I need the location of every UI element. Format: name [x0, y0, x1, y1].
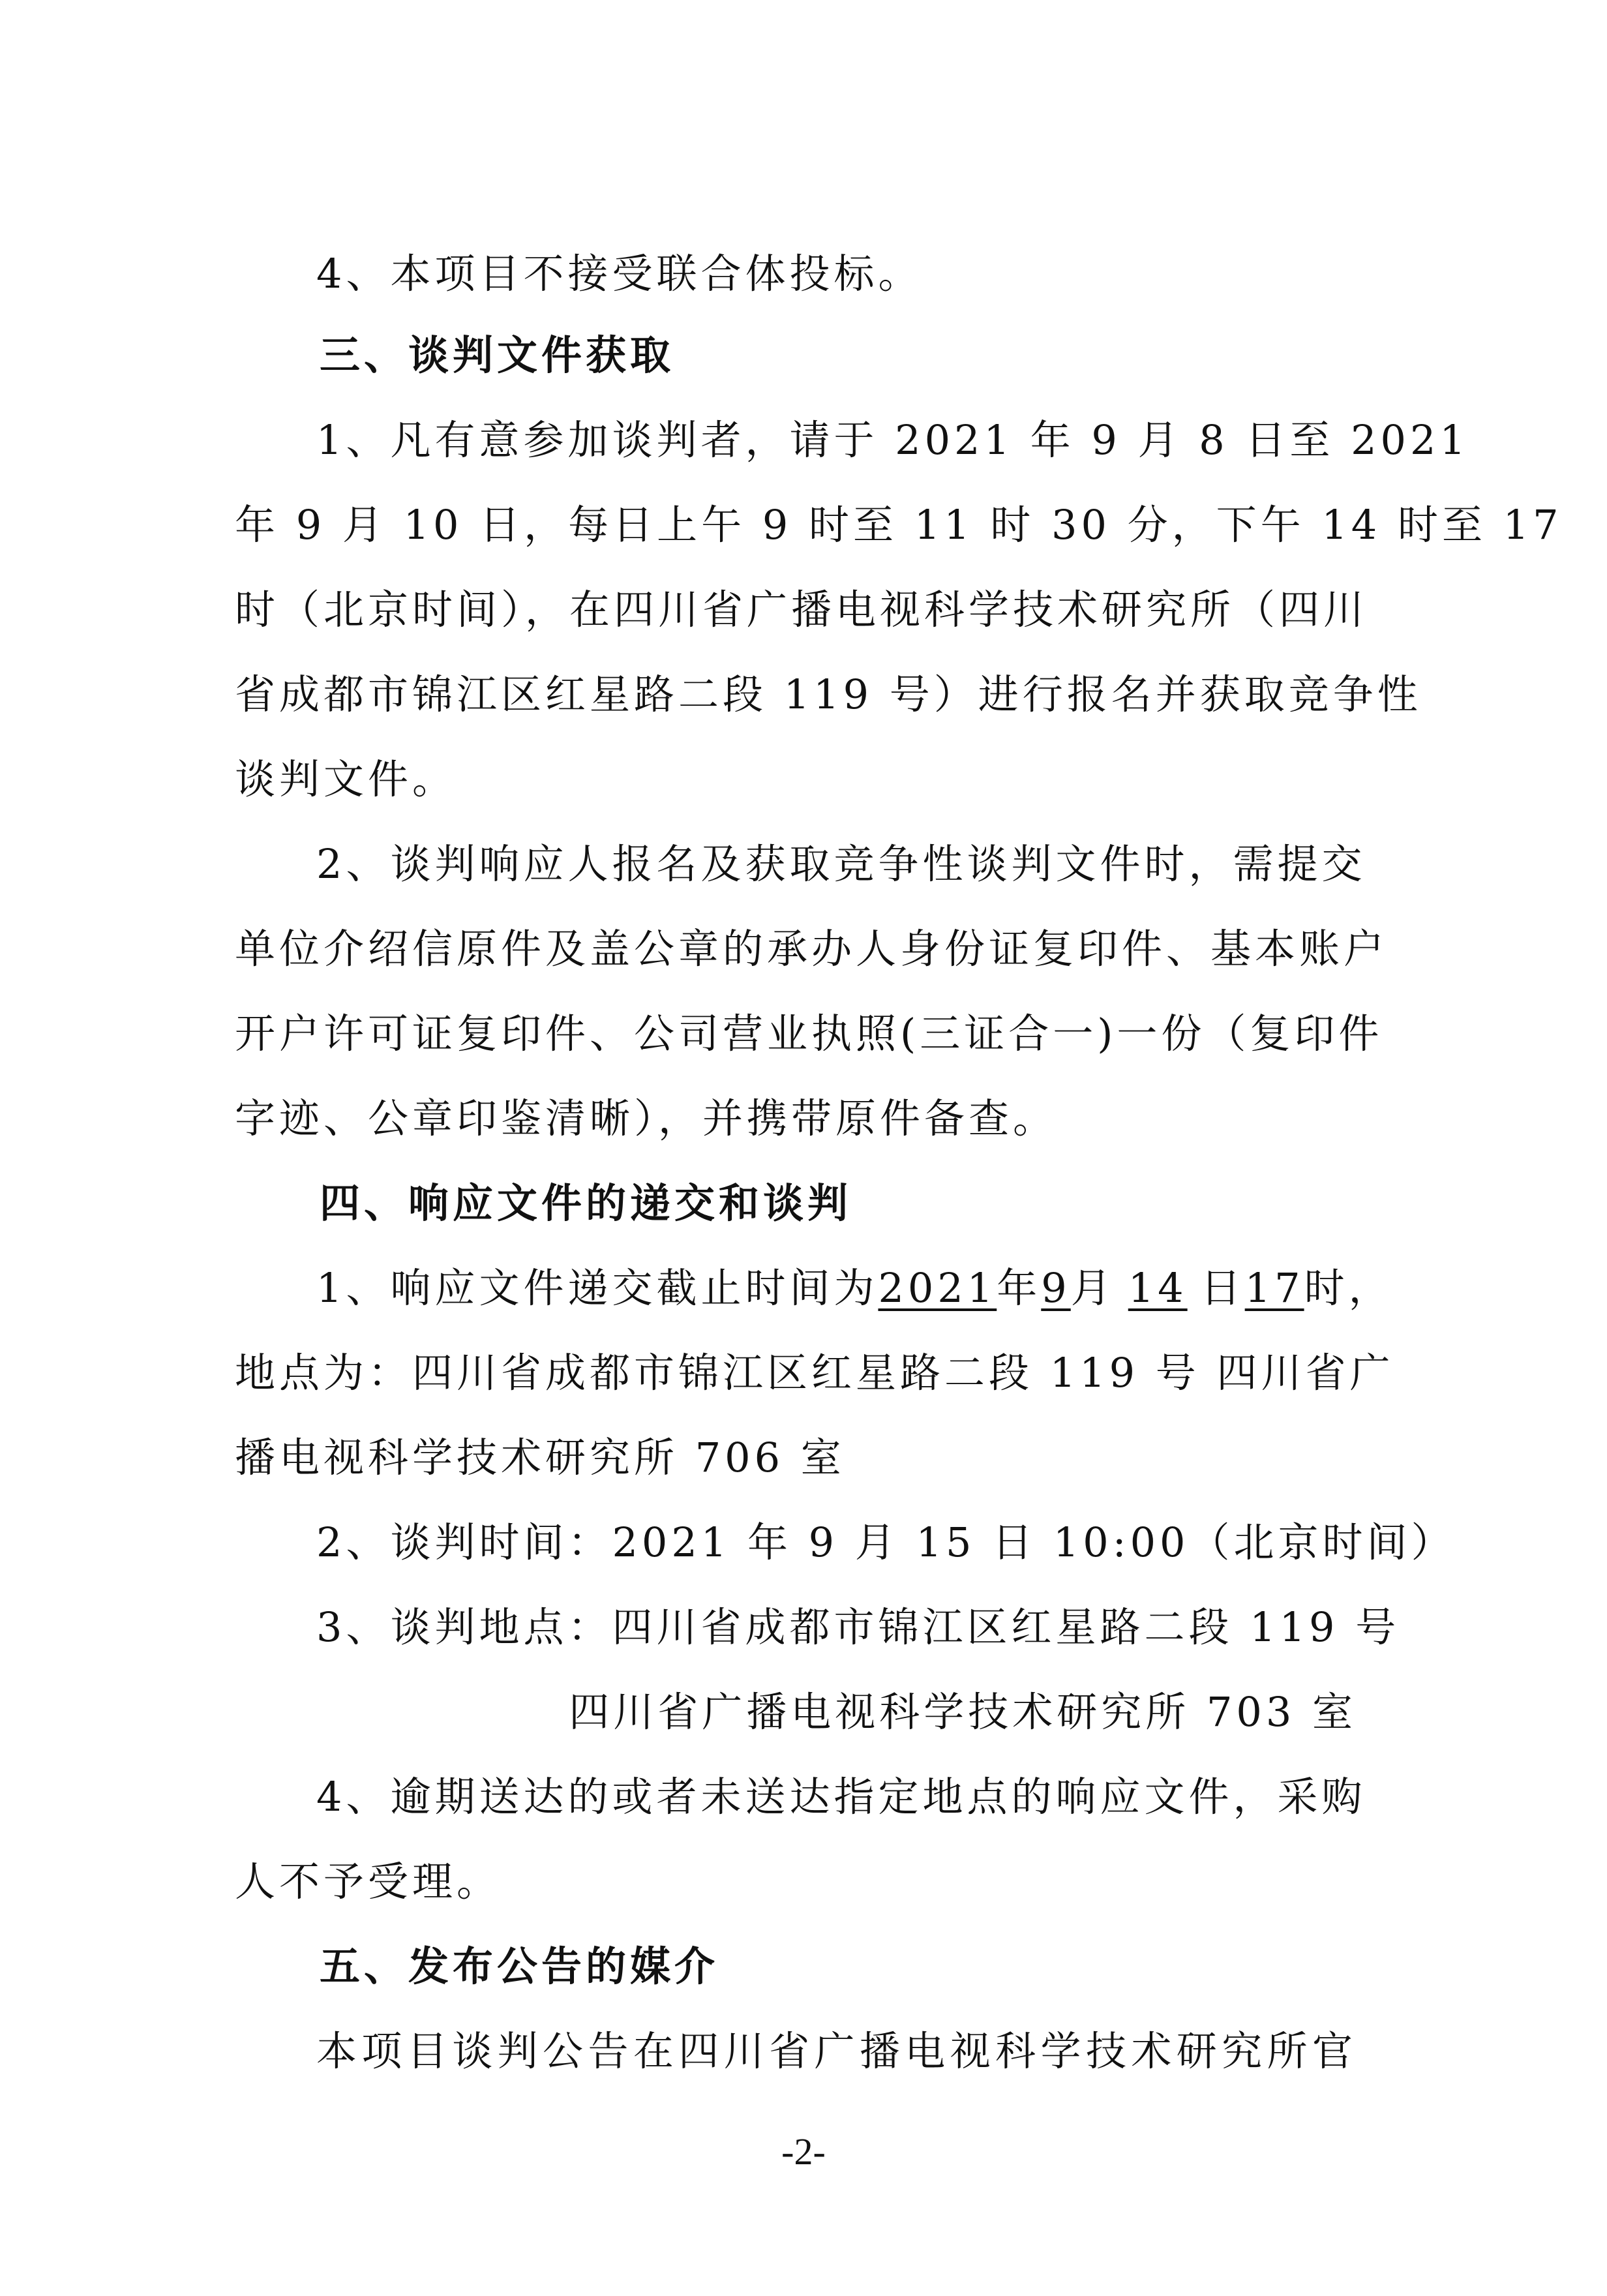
paragraph-line: 单位介绍信原件及盖公章的承办人身份证复印件、基本账户: [235, 923, 1357, 975]
deadline-month: 9: [1041, 1264, 1070, 1312]
negotiation-time: 2、谈判时间：2021 年 9 月 15 日 10:00（北京时间）: [316, 1517, 1438, 1569]
year-unit: 年: [997, 1264, 1041, 1312]
section-heading-4: 四、响应文件的递交和谈判: [320, 1177, 1441, 1230]
paragraph-line: 开户许可证复印件、公司营业执照(三证合一)一份（复印件: [235, 1008, 1357, 1060]
page-number: -2-: [0, 2130, 1607, 2173]
negotiation-location: 3、谈判地点：四川省成都市锦江区红星路二段 119 号: [316, 1601, 1438, 1654]
negotiation-room: 四川省广播电视科学技术研究所 703 室: [235, 1686, 1357, 1738]
deadline-year: 2021: [878, 1264, 997, 1312]
paragraph-line: 本项目谈判公告在四川省广播电视科学技术研究所官: [316, 2025, 1357, 2077]
paragraph-line: 2、谈判响应人报名及获取竞争性谈判文件时，需提交: [316, 838, 1357, 890]
paragraph-line: 播电视科学技术研究所 706 室: [235, 1432, 1357, 1484]
day-unit: 日: [1201, 1264, 1245, 1312]
paragraph-line: 时（北京时间），在四川省广播电视科学技术研究所（四川: [235, 584, 1357, 636]
paragraph-line: 字迹、公章印鉴清晰），并携带原件备查。: [235, 1093, 1357, 1145]
paragraph-line: 谈判文件。: [235, 753, 1357, 806]
month-unit: 月: [1071, 1264, 1115, 1312]
section-heading-3: 三、谈判文件获取: [320, 329, 1441, 382]
paragraph-line: 省成都市锦江区红星路二段 119 号）进行报名并获取竞争性: [235, 669, 1357, 721]
paragraph-line: 1、凡有意参加谈判者，请于 2021 年 9 月 8 日至 2021: [316, 414, 1357, 466]
deadline-hour: 17: [1245, 1264, 1304, 1312]
submission-deadline-line: 1、响应文件递交截止时间为2021年9月14日17时，: [316, 1262, 1438, 1314]
item-no-consortium: 4、本项目不接受联合体投标。: [316, 248, 1438, 300]
section-heading-5: 五、发布公告的媒介: [320, 1941, 1441, 1993]
hour-unit: 时，: [1304, 1264, 1393, 1312]
paragraph-line: 地点为：四川省成都市锦江区红星路二段 119 号 四川省广: [235, 1347, 1357, 1399]
deadline-prefix: 1、响应文件递交截止时间为: [316, 1264, 878, 1312]
paragraph-line: 4、逾期送达的或者未送达指定地点的响应文件，采购: [316, 1771, 1357, 1823]
paragraph-line: 年 9 月 10 日，每日上午 9 时至 11 时 30 分，下午 14 时至 …: [235, 499, 1357, 551]
deadline-day: 14: [1115, 1264, 1201, 1312]
paragraph-line: 人不予受理。: [235, 1856, 1357, 1908]
